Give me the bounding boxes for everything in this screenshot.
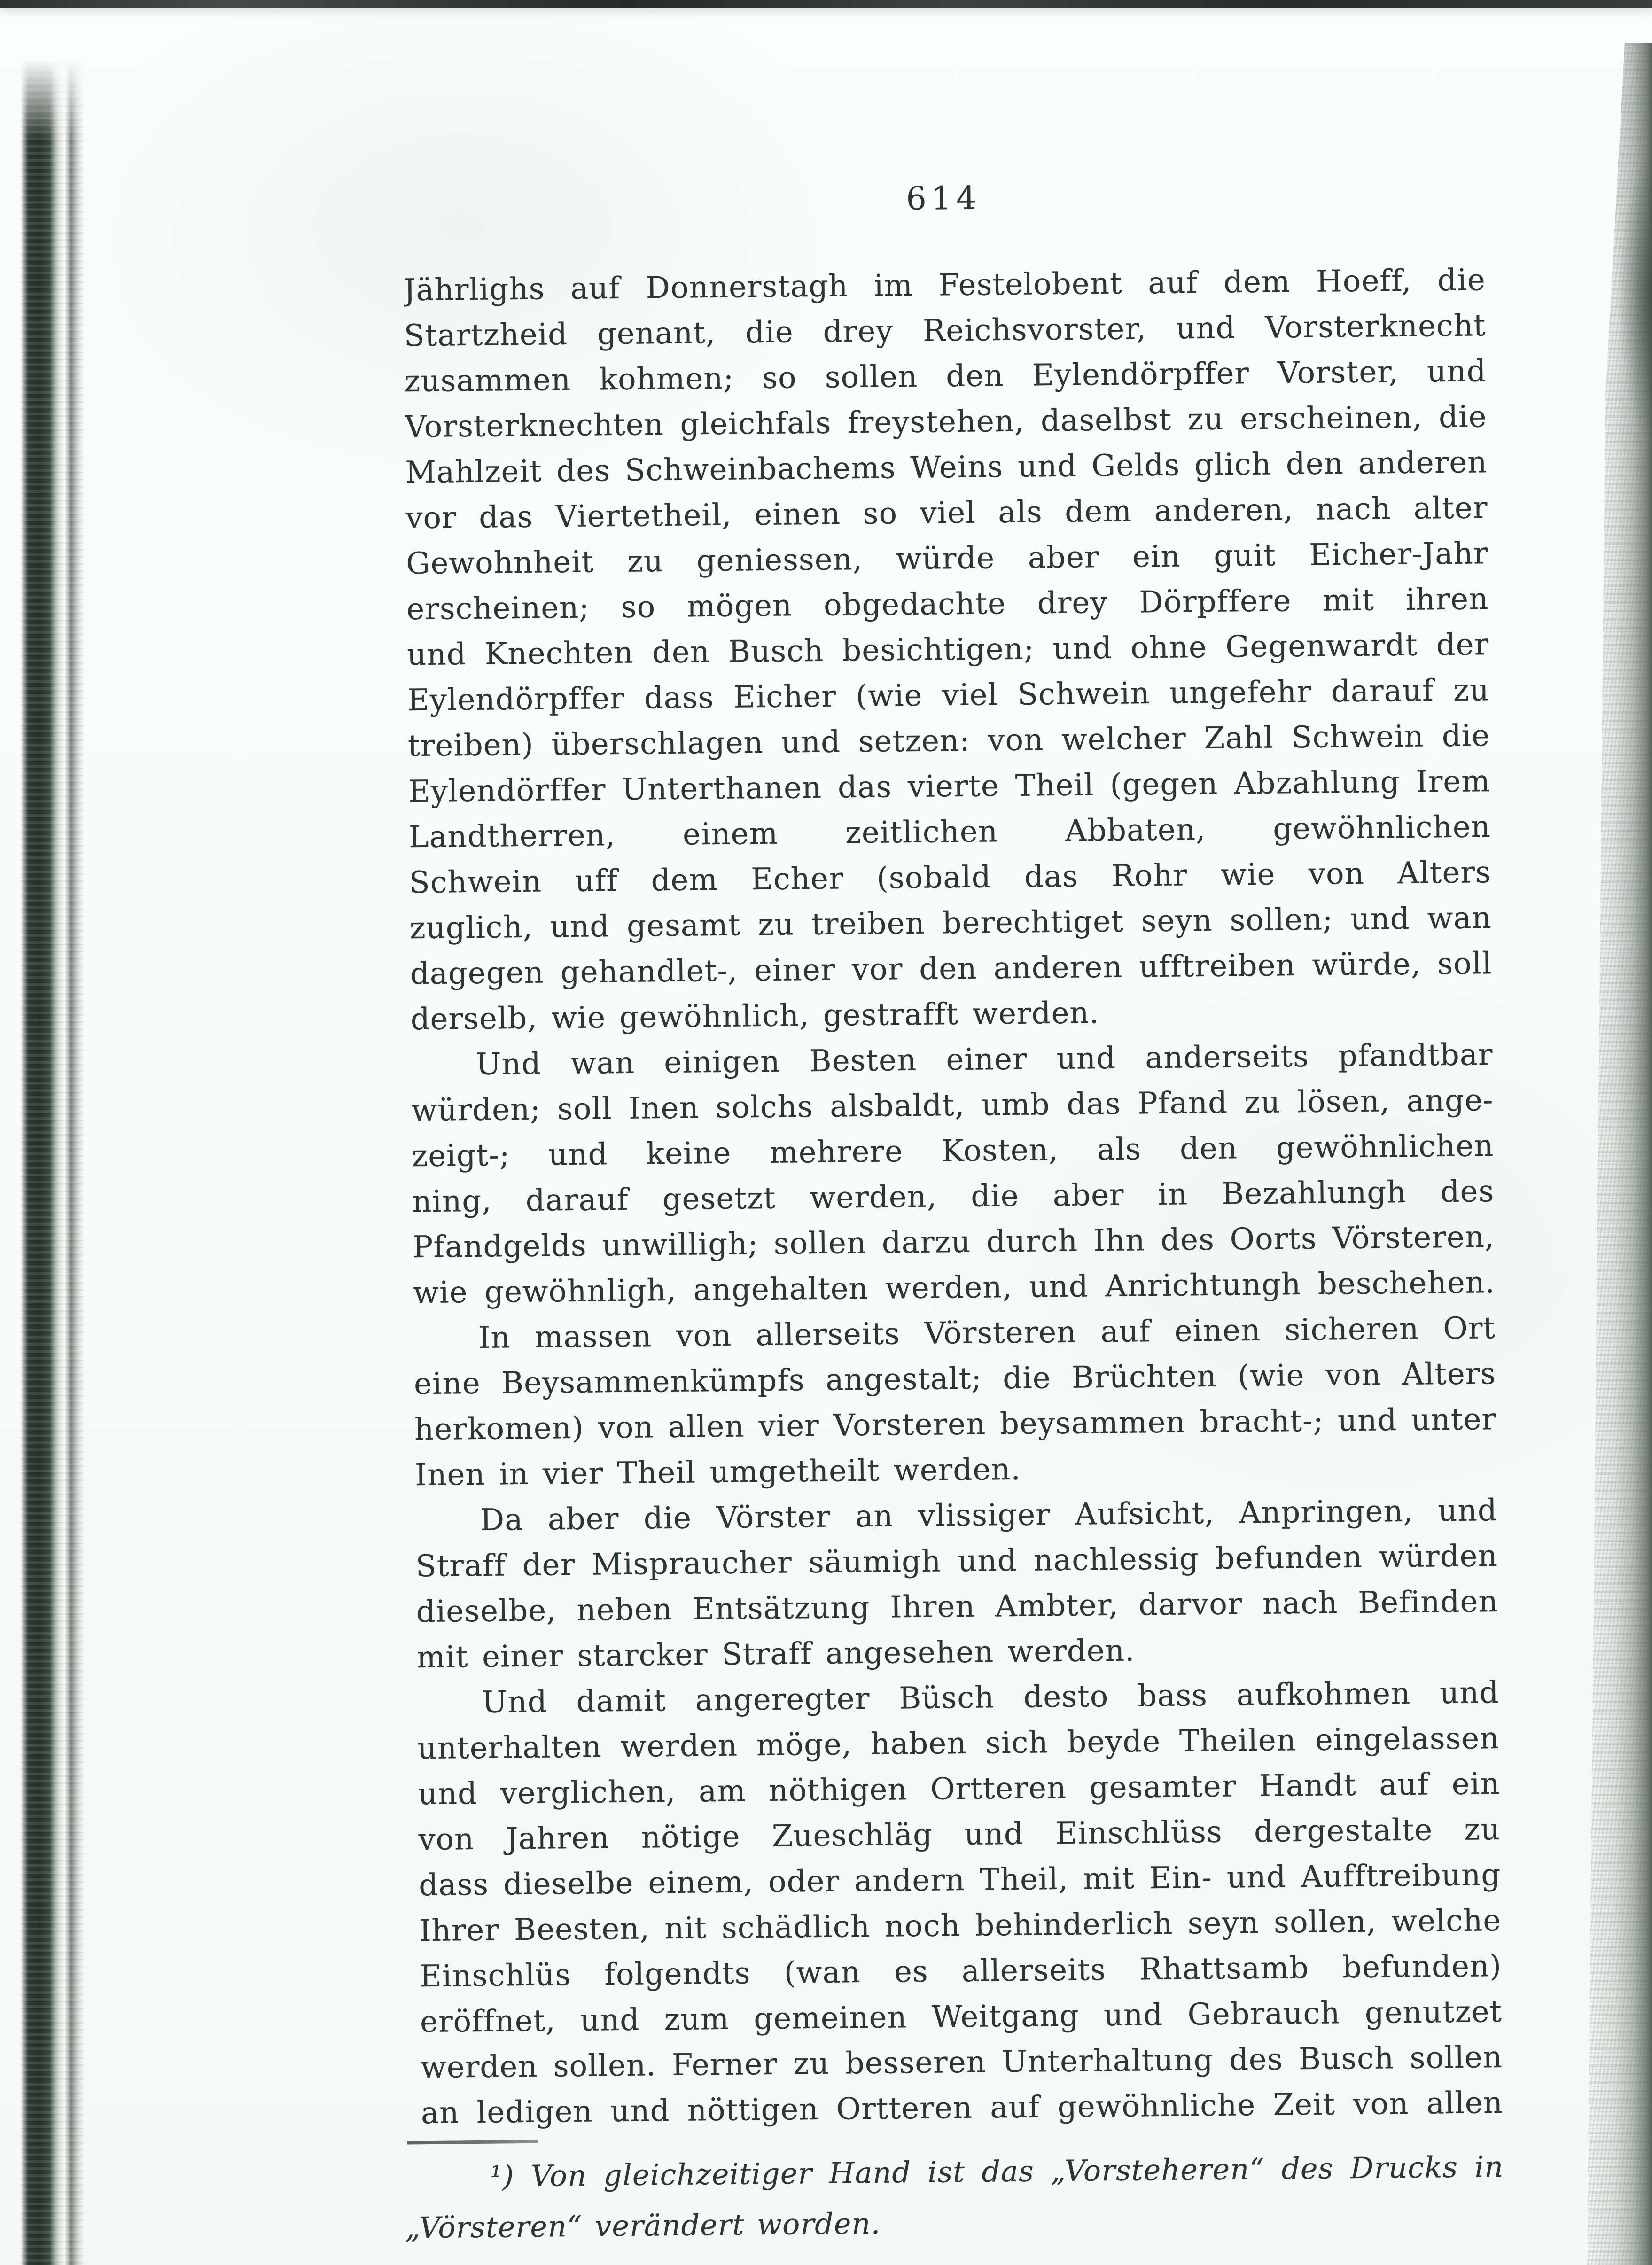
text-line: ¹) Von gleichzeitiger Hand ist das „Vors… xyxy=(421,2141,1504,2203)
page-edge-blotch xyxy=(1619,155,1652,437)
body-text: Jährlighs auf Donnerstagh im Festelobent… xyxy=(403,257,1503,2136)
footnote: ¹) Von gleichzeitiger Hand ist das „Vors… xyxy=(421,2141,1504,2253)
text-line: „Vörsteren“ verändert worden. xyxy=(405,2192,1504,2253)
page-scan: 614 Jährlighs auf Donnerstagh im Festelo… xyxy=(0,0,1652,2265)
binding-shadow xyxy=(21,60,84,2265)
footnote-rule xyxy=(407,2140,538,2145)
text-line: an ledigen und nöttigen Ortteren auf gew… xyxy=(421,2080,1504,2136)
printed-area: 614 Jährlighs auf Donnerstagh im Festelo… xyxy=(403,174,1504,2253)
top-edge-artifact xyxy=(0,0,1652,8)
